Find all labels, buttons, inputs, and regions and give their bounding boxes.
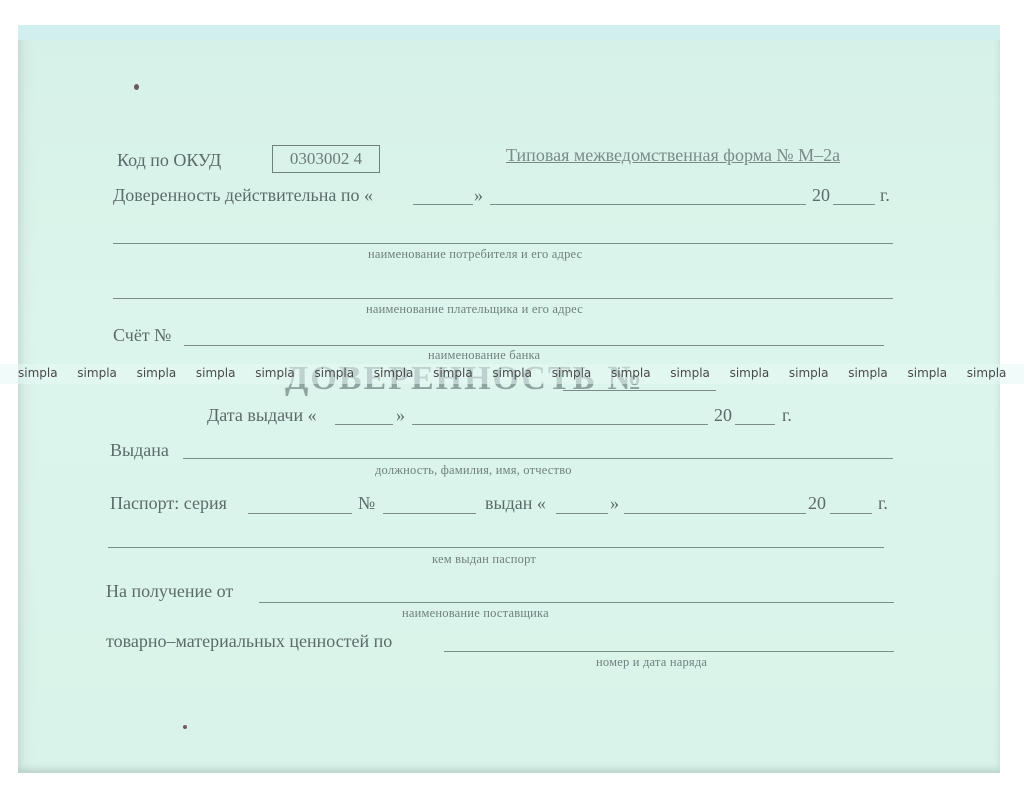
consumer-field[interactable]: [113, 243, 893, 244]
watermark-text: simpla: [255, 366, 295, 380]
issued-to-caption: должность, фамилия, имя, отчество: [375, 463, 572, 478]
account-field[interactable]: [184, 345, 884, 346]
watermark-text: simpla: [967, 366, 1007, 380]
okud-code-box: 0303002 4: [272, 145, 380, 173]
supplier-field[interactable]: [259, 602, 894, 603]
year-prefix: 20: [714, 405, 732, 426]
receive-from-label: На получение от: [106, 581, 233, 602]
issue-date-label: Дата выдачи «: [207, 405, 317, 426]
order-caption: номер и дата наряда: [596, 655, 707, 670]
okud-label: Код по ОКУД: [117, 150, 221, 171]
watermark-text: simpla: [492, 366, 532, 380]
watermark-text: simpla: [670, 366, 710, 380]
form-type-label: Типовая межведомственная форма № М–2а: [506, 145, 840, 166]
watermark-text: simpla: [789, 366, 829, 380]
watermark-text: simpla: [77, 366, 117, 380]
issued-to-field[interactable]: [183, 458, 893, 459]
valid-until-year-field[interactable]: [833, 204, 875, 205]
watermark-text: simpla: [908, 366, 948, 380]
account-label: Счёт №: [113, 325, 171, 346]
watermark-text: simpla: [374, 366, 414, 380]
quote-close: »: [610, 493, 619, 514]
payer-field[interactable]: [113, 298, 893, 299]
watermark-text: simpla: [18, 366, 58, 380]
passport-number-field[interactable]: [383, 513, 476, 514]
year-suffix: г.: [880, 185, 890, 206]
passport-number-label: №: [358, 493, 375, 514]
quote-close: »: [396, 405, 405, 426]
consumer-caption: наименование потребителя и его адрес: [368, 247, 582, 262]
year-suffix: г.: [782, 405, 792, 426]
passport-series-field[interactable]: [248, 513, 352, 514]
passport-issuer-field[interactable]: [108, 547, 884, 548]
valid-until-label: Доверенность действительна по «: [113, 185, 373, 206]
watermark-text: simpla: [611, 366, 651, 380]
passport-series-label: Паспорт: серия: [110, 493, 227, 514]
watermark-text: simpla: [315, 366, 355, 380]
passport-issue-year-field[interactable]: [830, 513, 872, 514]
issue-month-field[interactable]: [412, 424, 708, 425]
document-number-field[interactable]: [563, 390, 716, 391]
year-prefix: 20: [812, 185, 830, 206]
passport-issue-day-field[interactable]: [556, 513, 608, 514]
watermark-text: simpla: [137, 366, 177, 380]
valid-until-month-field[interactable]: [490, 204, 806, 205]
watermark-text: simpla: [196, 366, 236, 380]
valid-until-day-field[interactable]: [413, 204, 473, 205]
order-field[interactable]: [444, 651, 894, 652]
watermark-text: simpla: [730, 366, 770, 380]
passport-issue-month-field[interactable]: [624, 513, 806, 514]
issued-to-label: Выдана: [110, 440, 169, 461]
goods-label: товарно–материальных ценностей по: [106, 631, 392, 652]
watermark-text: simpla: [552, 366, 592, 380]
ink-dot: [134, 84, 139, 90]
quote-close: »: [474, 185, 483, 206]
passport-issued-label: выдан «: [485, 493, 546, 514]
year-suffix: г.: [878, 493, 888, 514]
year-prefix: 20: [808, 493, 826, 514]
issue-year-field[interactable]: [735, 424, 775, 425]
ink-dot: [183, 725, 187, 729]
watermark-text: simpla: [848, 366, 888, 380]
sheet-edge: [18, 25, 1000, 40]
issue-day-field[interactable]: [335, 424, 393, 425]
watermark-text: simpla: [433, 366, 473, 380]
passport-issuer-caption: кем выдан паспорт: [432, 552, 536, 567]
power-of-attorney-form-sheet: [18, 25, 1000, 773]
supplier-caption: наименование поставщика: [402, 606, 549, 621]
payer-caption: наименование плательщика и его адрес: [366, 302, 583, 317]
